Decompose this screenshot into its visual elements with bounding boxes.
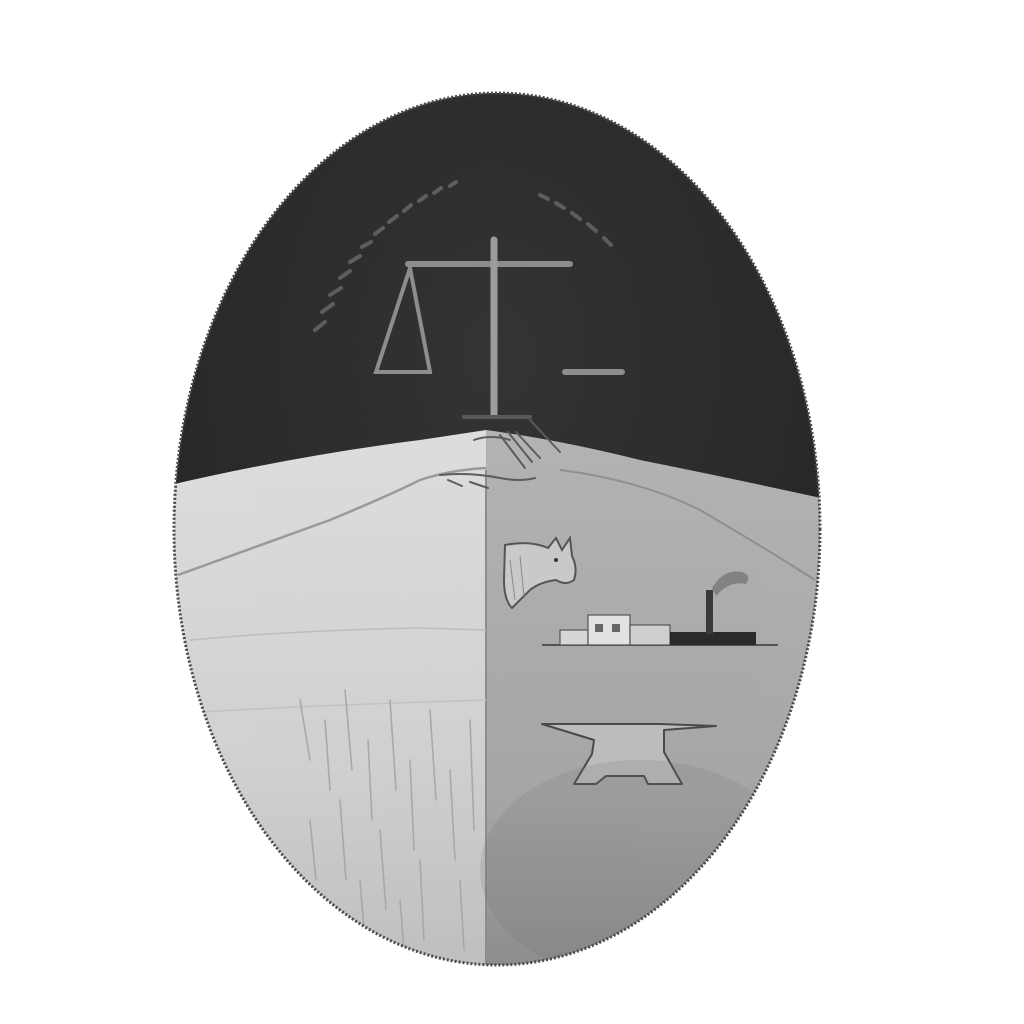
seal-image: Oval seal drawing (grayscale) xyxy=(0,0,1024,1024)
seal-canvas xyxy=(0,0,1024,1024)
seal-oval xyxy=(170,90,830,980)
